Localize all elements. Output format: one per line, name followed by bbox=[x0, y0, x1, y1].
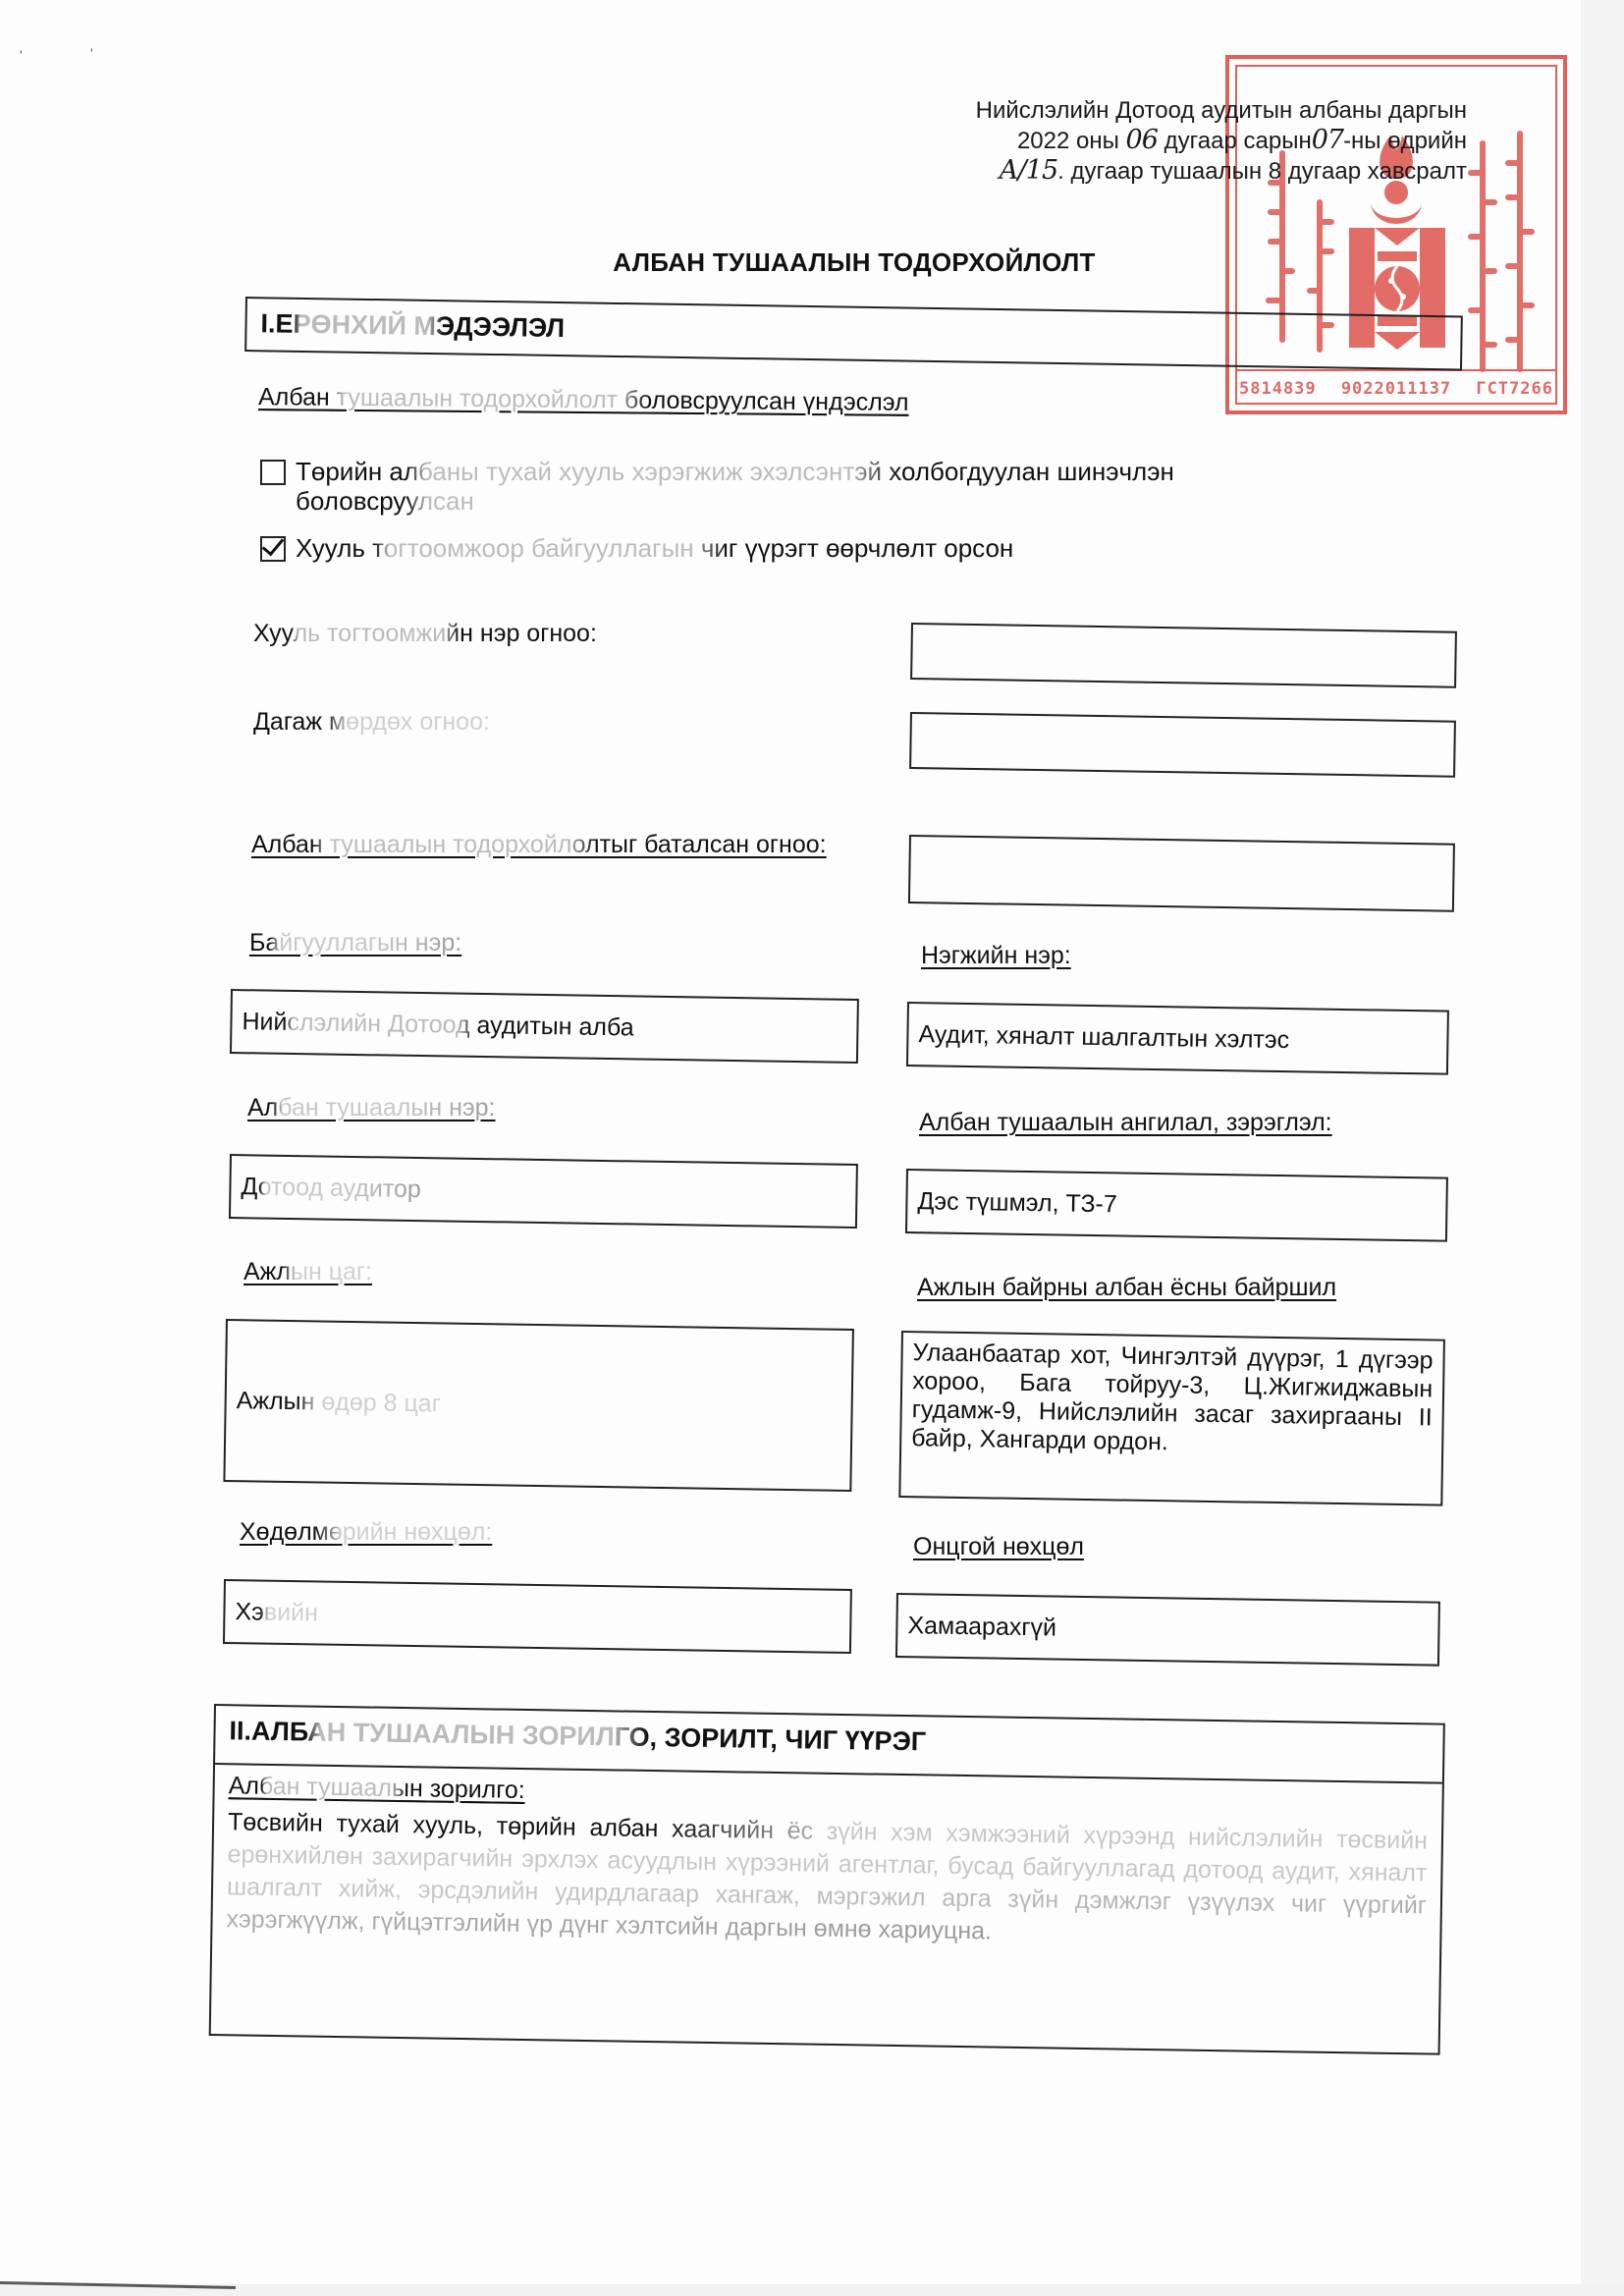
effective-date-label: Дагаж мөрдөх огноо: bbox=[253, 707, 490, 737]
work-hours-field[interactable]: Ажлын өдөр 8 цаг bbox=[223, 1319, 854, 1492]
approved-date-label: Албан тушаалын тодорхойлолтыг баталсан о… bbox=[251, 830, 840, 859]
section-2-box: II.АЛБАН ТУШААЛЫН ЗОРИЛГО, ЗОРИЛТ, ЧИГ Ү… bbox=[209, 1704, 1445, 2055]
annex-note: Нийслэлийн Дотоод аудитын албаны даргын … bbox=[917, 96, 1467, 187]
basis-label: Албан тушаалын тодорхойлолт боловсруулса… bbox=[258, 382, 909, 417]
organization-field[interactable]: Нийслэлийн Дотоод аудитын алба bbox=[230, 989, 859, 1064]
effective-date-field[interactable] bbox=[909, 712, 1456, 778]
document-title: АЛБАН ТУШААЛЫН ТОДОРХОЙЛОЛТ bbox=[0, 247, 1624, 278]
stamp-code-2: 9022011137 bbox=[1341, 379, 1451, 399]
unit-field[interactable]: Аудит, хяналт шалгалтын хэлтэс bbox=[906, 1002, 1449, 1075]
basis-option-2-checkbox[interactable] bbox=[260, 536, 286, 562]
work-conditions-label-text: Хөдөлмөрийн нөхцөл: bbox=[240, 1518, 492, 1546]
work-hours-label: Ажлын цаг: bbox=[244, 1257, 372, 1286]
classification-field[interactable]: Дэс түшмэл, ТЗ-7 bbox=[905, 1169, 1448, 1242]
purpose-text-body: Төсвийн тухай хууль, төрийн албан хаагчи… bbox=[226, 1808, 1428, 1944]
work-hours-label-text: Ажлын цаг: bbox=[244, 1258, 372, 1285]
annex-year: 2022 оны bbox=[1017, 128, 1119, 154]
section-2-title: II.АЛБАН ТУШААЛЫН ЗОРИЛГО, ЗОРИЛТ, ЧИГ Ү… bbox=[229, 1716, 926, 1756]
position-label-text: Албан тушаалын нэр: bbox=[247, 1094, 495, 1121]
basis-option-2-label: Хууль тогтоомжоор байгууллагын чиг үүрэг… bbox=[296, 533, 1013, 563]
basis-option-1-label: Төрийн албаны тухай хууль хэрэгжиж эхэлс… bbox=[296, 457, 1301, 516]
purpose-text: Төсвийн тухай хууль, төрийн албан хаагчи… bbox=[212, 1802, 1441, 1955]
position-label: Албан тушаалын нэр: bbox=[247, 1093, 495, 1122]
law-name-date-field[interactable] bbox=[910, 623, 1457, 688]
special-conditions-field[interactable]: Хамаарахгүй bbox=[895, 1593, 1440, 1667]
scan-dot: ' bbox=[90, 45, 93, 61]
annex-day-handwritten: 07 bbox=[1312, 125, 1343, 155]
effective-date-label-text: Дагаж мөрдөх огноо: bbox=[253, 708, 490, 736]
work-conditions-label: Хөдөлмөрийн нөхцөл: bbox=[240, 1517, 492, 1547]
classification-label: Албан тушаалын ангилал, зэрэглэл: bbox=[919, 1108, 1332, 1137]
basis-label-text: Албан тушаалын тодорхойлолт боловсруулса… bbox=[258, 383, 909, 416]
work-hours-value: Ажлын өдөр 8 цаг bbox=[236, 1387, 441, 1418]
stamp-codes: 5814839 9022011137 ГСТ7266 bbox=[1239, 379, 1553, 399]
section-1-title-text: I.ЕРӨНХИЙ МЭДЭЭЛЭЛ bbox=[260, 308, 565, 343]
location-label: Ажлын байрны албан ёсны байршил bbox=[917, 1273, 1336, 1302]
organization-label-text: Байгууллагын нэр: bbox=[249, 929, 461, 957]
location-field[interactable]: Улаанбаатар хот, Чингэлтэй дүүрэг, 1 дүг… bbox=[898, 1331, 1445, 1506]
unit-label: Нэгжийн нэр: bbox=[921, 941, 1071, 970]
scan-edge-right bbox=[1581, 0, 1624, 2296]
basis-option-1-checkbox[interactable] bbox=[260, 460, 286, 485]
work-conditions-value: Хэвийн bbox=[235, 1598, 318, 1627]
annex-line-2: 2022 оны 06 дугаар сарын07-ны өдрийн bbox=[917, 126, 1467, 156]
work-conditions-field[interactable]: Хэвийн bbox=[223, 1579, 852, 1654]
law-name-date-label-text: Хууль тогтоомжийн нэр огноо: bbox=[253, 620, 597, 647]
organization-label: Байгууллагын нэр: bbox=[249, 928, 461, 957]
position-field[interactable]: Дотоод аудитор bbox=[229, 1154, 858, 1229]
scan-dot: ' bbox=[20, 47, 23, 63]
stamp-code-3: ГСТ7266 bbox=[1476, 379, 1553, 399]
approved-date-field[interactable] bbox=[908, 835, 1455, 912]
scan-edge-bottom bbox=[0, 2284, 1624, 2296]
basis-option-1[interactable]: Төрийн албаны тухай хууль хэрэгжиж эхэлс… bbox=[260, 457, 1301, 516]
annex-line-3: А/15. дугаар тушаалын 8 дугаар хавсралт bbox=[917, 156, 1467, 187]
position-value: Дотоод аудитор bbox=[241, 1173, 421, 1204]
law-name-date-label: Хууль тогтоомжийн нэр огноо: bbox=[253, 619, 597, 648]
stamp-code-1: 5814839 bbox=[1239, 379, 1317, 399]
annex-line-1: Нийслэлийн Дотоод аудитын албаны даргын bbox=[917, 96, 1467, 126]
annex-month-text: дугаар сарын bbox=[1164, 128, 1312, 154]
annex-day-text: -ны өдрийн bbox=[1343, 128, 1467, 154]
organization-value: Нийслэлийн Дотоод аудитын алба bbox=[242, 1008, 634, 1042]
annex-month-handwritten: 06 bbox=[1126, 125, 1158, 155]
basis-option-2[interactable]: Хууль тогтоомжоор байгууллагын чиг үүрэг… bbox=[260, 533, 1301, 563]
special-conditions-label: Онцгой нөхцөл bbox=[913, 1532, 1084, 1561]
purpose-label-text: Албан тушаалын зорилго: bbox=[228, 1772, 524, 1804]
approved-date-label-text: Албан тушаалын тодорхойлолтыг баталсан о… bbox=[251, 831, 827, 858]
annex-order-text: . дугаар тушаалын 8 дугаар хавсралт bbox=[1057, 158, 1467, 185]
annex-order-no-handwritten: А/15 bbox=[999, 155, 1057, 186]
